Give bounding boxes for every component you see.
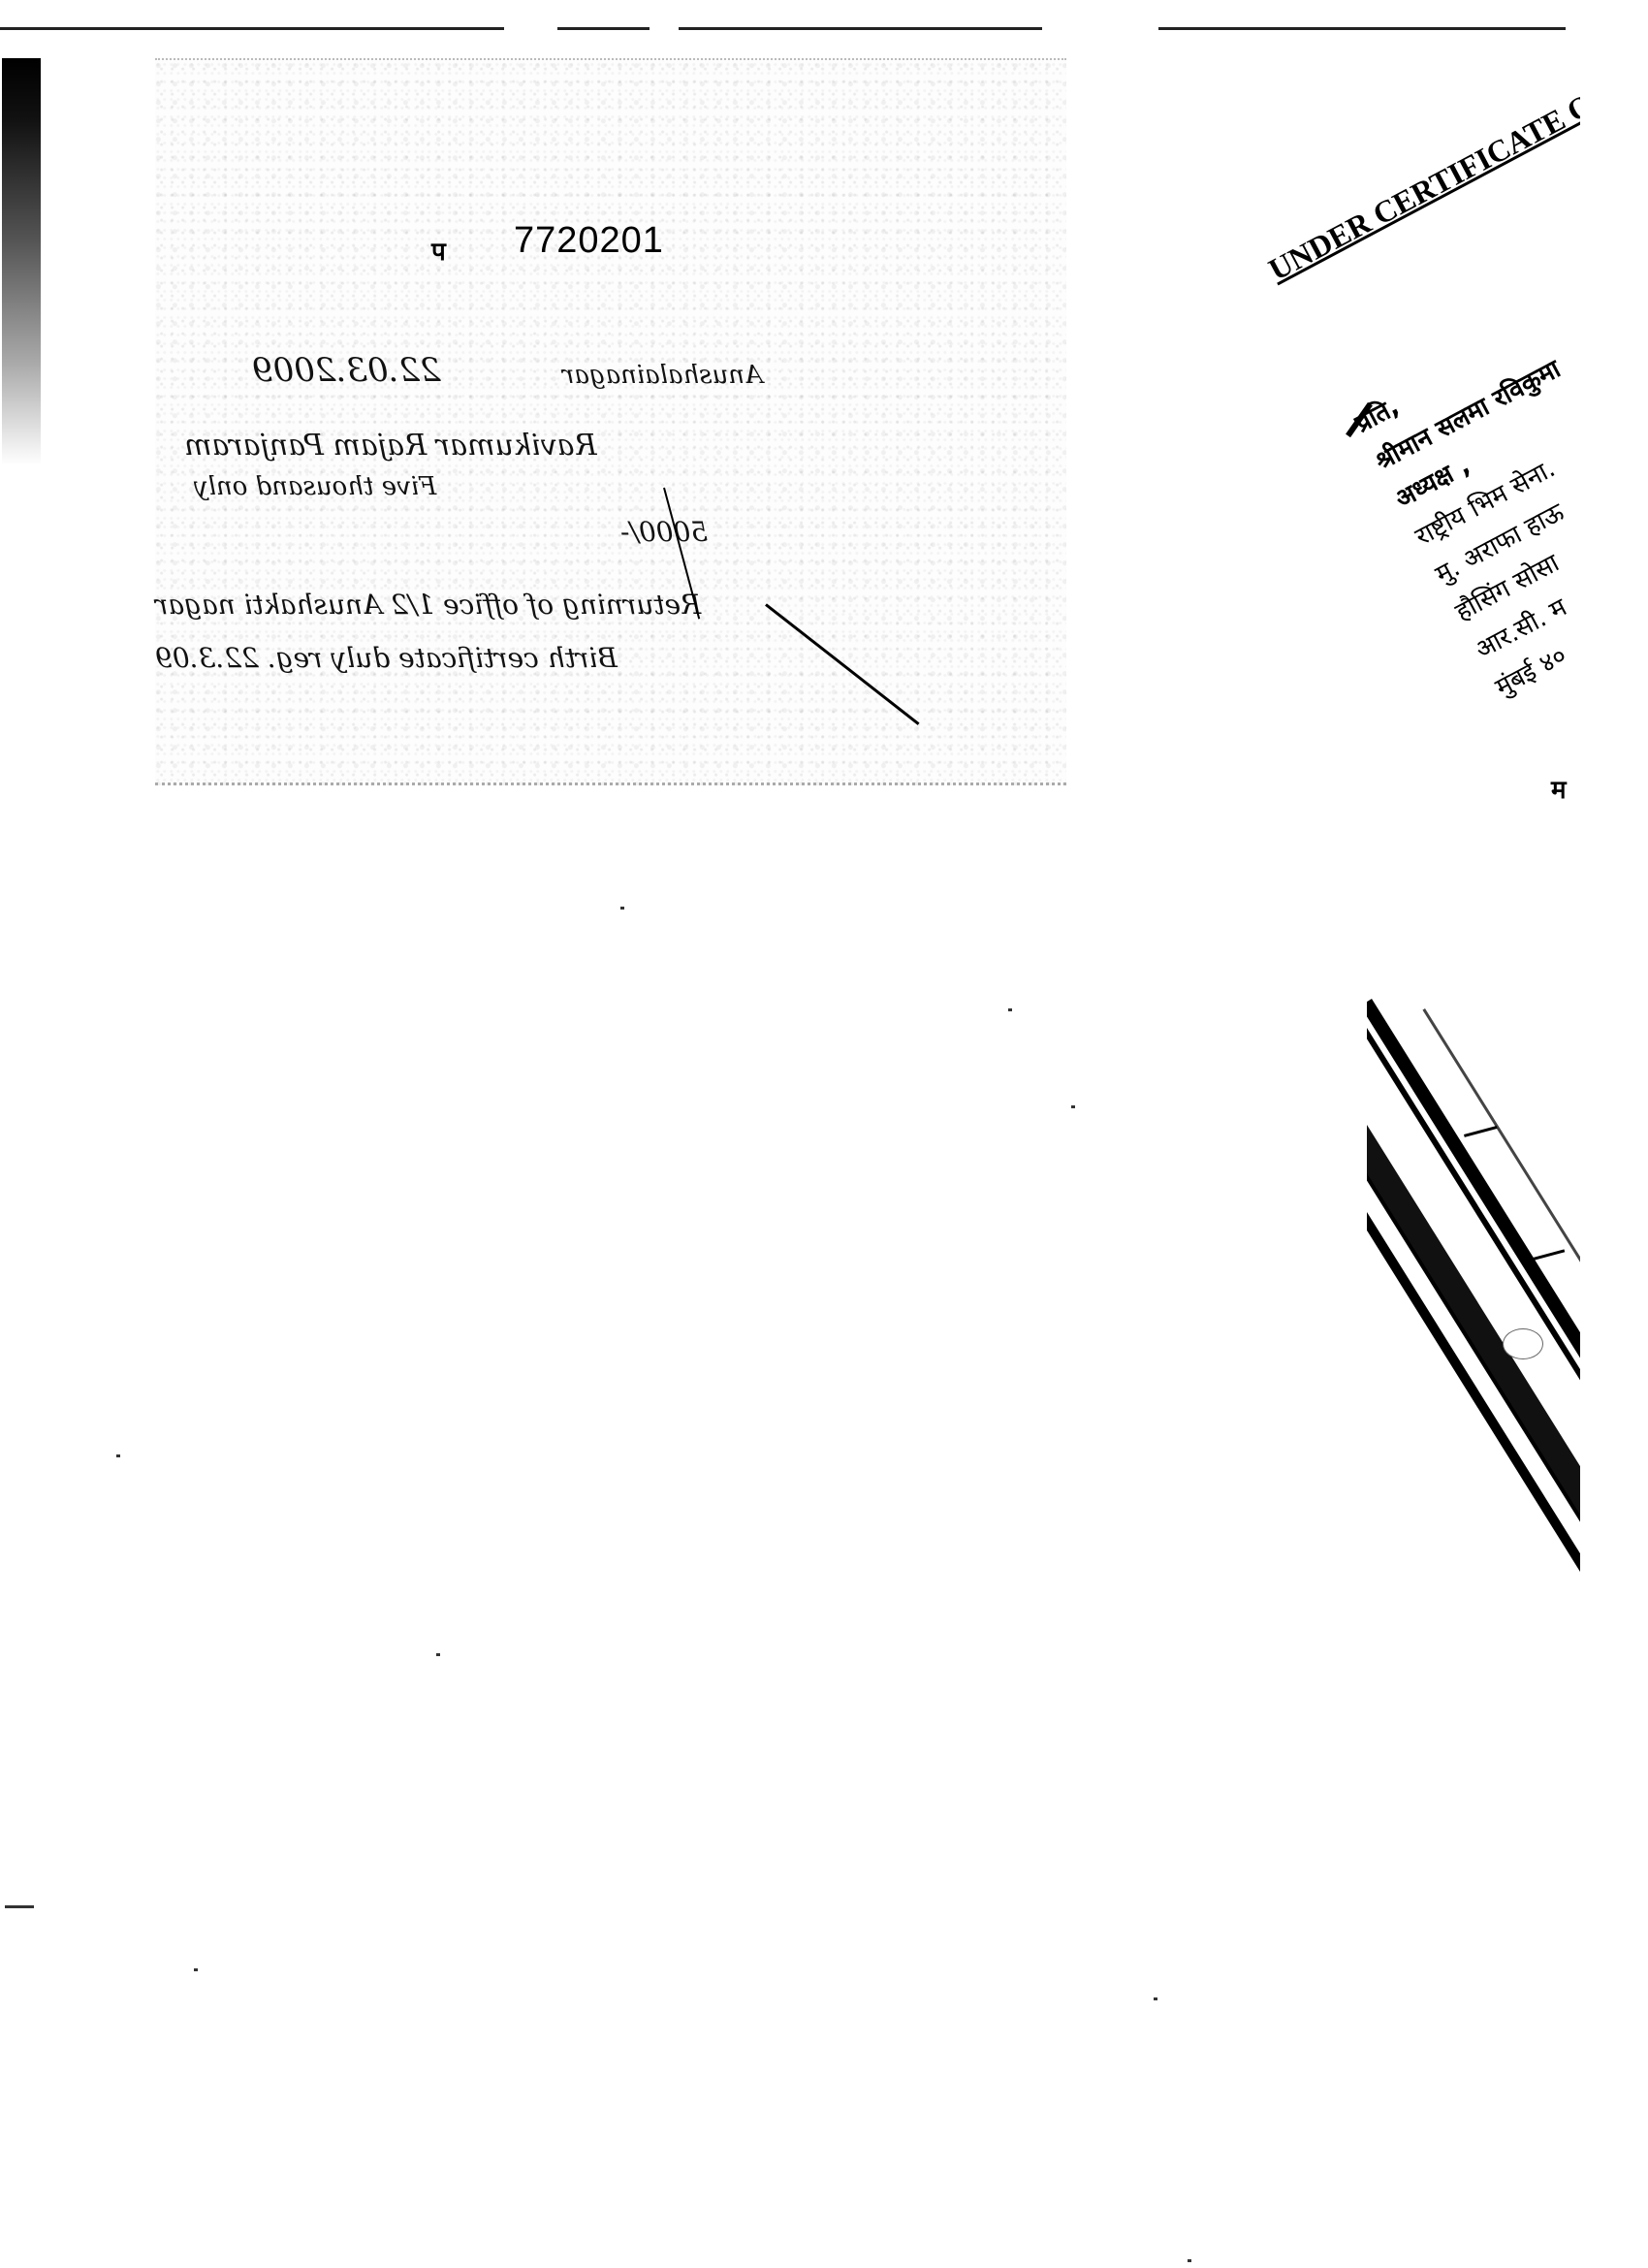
stamp-serial-number: 7720201 [514,220,664,262]
scan-speck [5,1905,34,1908]
signature-strike-line [765,603,919,724]
scan-edge-line [0,27,504,30]
handwritten-place: Anushalainagar [562,361,763,390]
scan-speck [1154,1997,1157,2000]
scan-speck [116,1454,120,1457]
scan-speck [436,1653,440,1656]
handwritten-purpose: Returning of office 1/2 Anushakti nagar [155,589,701,621]
scan-speck [194,1968,198,1971]
handwritten-date: 22.03.2009 [252,351,441,390]
scan-speck [1008,1008,1012,1011]
handwritten-payee: Ravikumar Rajam Panjaram [184,429,597,463]
stamp-prefix: प [431,233,446,268]
scan-edge-line [557,27,650,30]
page-edge [1580,0,1648,2268]
scan-speck [620,907,624,910]
handwritten-amount: 5000/- [620,516,708,548]
scan-shadow-bar [2,58,41,465]
stamped-receipt: प 7720201 22.03.2009 Anushalainagar Ravi… [155,58,1066,785]
scan-edge-line [1158,27,1566,30]
scan-speck [1071,1105,1075,1108]
fragment-glyph: म [1551,771,1567,806]
binder-clip-image [1367,970,1590,1600]
handwritten-note: Birth certificate duly reg. 22.3.09 [155,642,618,674]
scan-speck [1188,2259,1191,2262]
scan-edge-line [679,27,1042,30]
handwritten-amount-words: Five thousand only [194,472,436,501]
